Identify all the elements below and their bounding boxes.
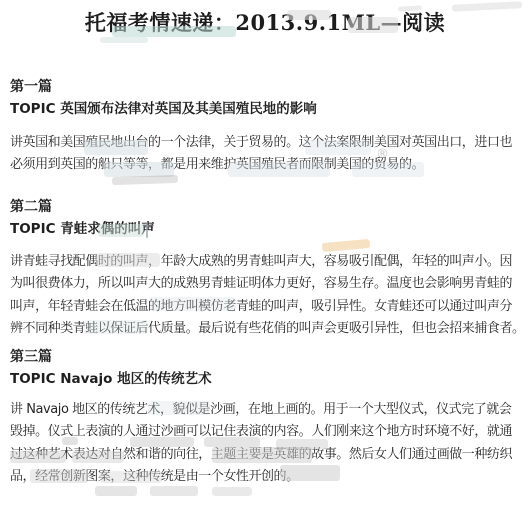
section-2-paragraph: 讲青蛙寻找配偶时的叫声，年龄大成熟的男青蛙叫声大，容易吸引配偶，年轻的叫声小。因… — [10, 251, 525, 341]
body-line: 辨不同种类青蛙以保证后代质量。最后说有些花俏的叫声会更吸引异性，但也会招来捕食者… — [10, 318, 525, 340]
section-3-heading: 第三篇 — [10, 346, 52, 368]
body-line: 为叫很费体力，所以叫声大的成熟男青蛙证明体力更好，容易生存。温度也会影响男青蛙的 — [10, 273, 525, 295]
document-page: 托福考情速递：2013.9.1ML—阅读 ® 第一篇 TOPIC 英国颁布法律对… — [0, 0, 530, 516]
body-line: 毁掉。仪式上表演的人通过沙画可以记住表演的内容。人们刚来这个地方时环境不好，就通 — [10, 421, 512, 443]
body-line: 叫声，年轻青蛙会在低温的地方叫模仿老青蛙的叫声，吸引异性。女青蛙还可以通过叫声分 — [10, 296, 525, 318]
section-1-paragraph: 讲英国和美国殖民地出台的一个法律，关于贸易的。这个法案限制美国对英国出口，进口也… — [10, 132, 512, 177]
body-line: 讲 Navajo 地区的传统艺术，貌似是沙画，在地上画的。用于一个大型仪式，仪式… — [10, 399, 512, 421]
body-line: 必须用到英国的船只等等，都是用来维护英国殖民者而限制美国的贸易的。 — [10, 154, 512, 176]
section-2-topic: TOPIC 青蛙求偶的叫声 — [10, 218, 155, 240]
body-line: 过这种艺术表达对自然和谐的向往，主题主要是英雄的故事。然后女人们通过画做一种纺织 — [10, 444, 512, 466]
body-line: 品，经常创新图案，这种传统是由一个女性开创的。 — [10, 466, 512, 488]
page-title: 托福考情速递：2013.9.1ML—阅读 — [0, 8, 530, 38]
body-line: 讲英国和美国殖民地出台的一个法律，关于贸易的。这个法案限制美国对英国出口，进口也 — [10, 132, 512, 154]
section-1-topic: TOPIC 英国颁布法律对英国及其美国殖民地的影响 — [10, 98, 317, 120]
body-line: 讲青蛙寻找配偶时的叫声，年龄大成熟的男青蛙叫声大，容易吸引配偶，年轻的叫声小。因 — [10, 251, 525, 273]
section-2-heading: 第二篇 — [10, 196, 52, 218]
section-3-topic: TOPIC Navajo 地区的传统艺术 — [10, 368, 212, 390]
section-1-heading: 第一篇 — [10, 76, 52, 98]
section-3-paragraph: 讲 Navajo 地区的传统艺术，貌似是沙画，在地上画的。用于一个大型仪式，仪式… — [10, 399, 512, 489]
